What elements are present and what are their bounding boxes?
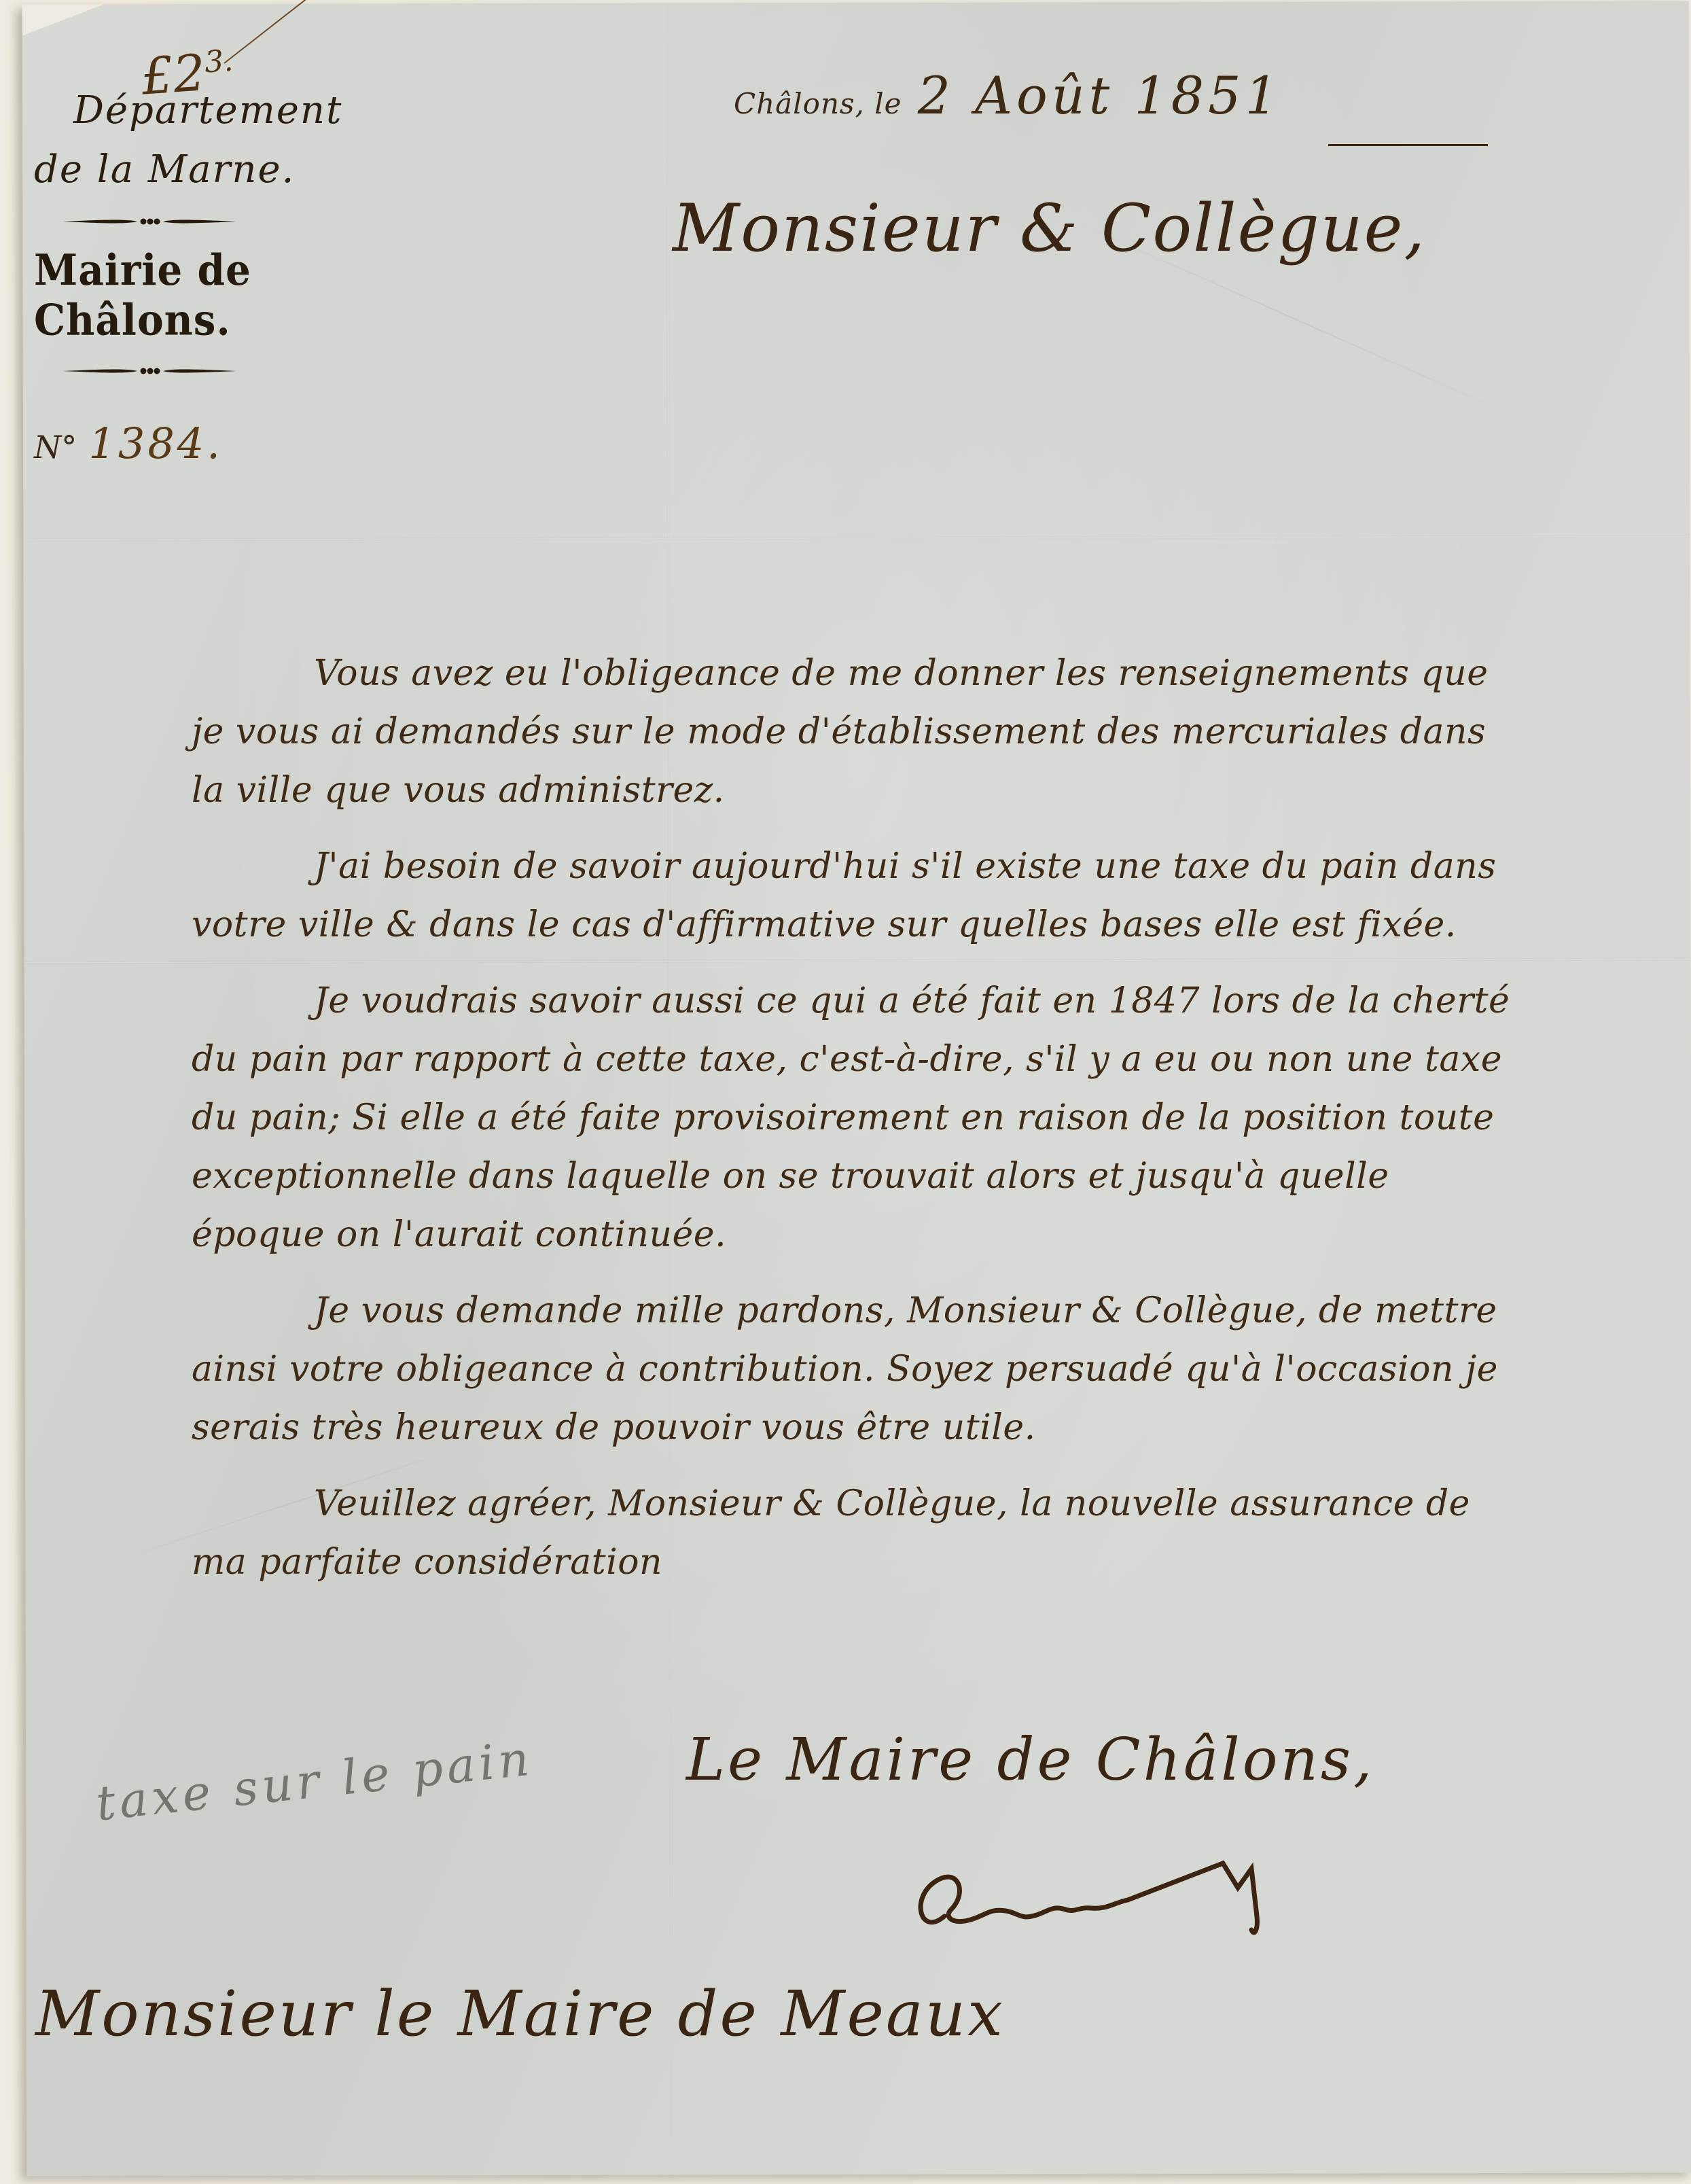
ornament-divider-icon xyxy=(61,364,238,378)
dateline-printed: Châlons, le xyxy=(734,87,902,120)
signature-title: Le Maire de Châlons, xyxy=(686,1726,1374,1794)
body-paragraph: Je voudrais savoir aussi ce qui a été fa… xyxy=(192,972,1522,1264)
body-paragraph: Je vous demande mille pardons, Monsieur … xyxy=(192,1282,1522,1457)
torn-corner xyxy=(22,4,104,35)
letter-body: Vous avez eu l'obligeance de me donner l… xyxy=(192,644,1522,1609)
horizontal-crease-upper xyxy=(23,535,1690,541)
price-code-main: £2 xyxy=(139,43,207,106)
dateline-handwritten: 2 Août 1851 xyxy=(918,65,1282,126)
salutation: Monsieur & Collègue, xyxy=(673,190,1426,266)
ornament-divider-icon xyxy=(61,215,238,228)
reference-prefix: N° xyxy=(34,429,77,465)
dateline: Châlons, le 2 Août 1851 xyxy=(734,65,1282,126)
dateline-underline xyxy=(1328,144,1488,146)
addressee-line: Monsieur le Maire de Meaux xyxy=(35,1977,1005,2050)
body-paragraph: J'ai besoin de savoir aujourd'hui s'il e… xyxy=(192,837,1522,954)
mairie-title: Mairie de Châlons. xyxy=(34,245,374,345)
body-paragraph: Vous avez eu l'obligeance de me donner l… xyxy=(192,644,1522,820)
price-code-superscript: 3. xyxy=(203,43,234,80)
department-line2: de la Marne. xyxy=(34,147,374,192)
letterhead: Département de la Marne. Mairie de Châlo… xyxy=(34,88,374,468)
reference-number-line: N° 1384. xyxy=(34,419,374,468)
body-paragraph: Veuillez agréer, Monsieur & Collègue, la… xyxy=(192,1475,1522,1591)
reference-number: 1384. xyxy=(88,419,223,468)
price-code-annotation: £23. xyxy=(139,41,236,106)
signature-scrawl-icon xyxy=(904,1835,1325,1964)
